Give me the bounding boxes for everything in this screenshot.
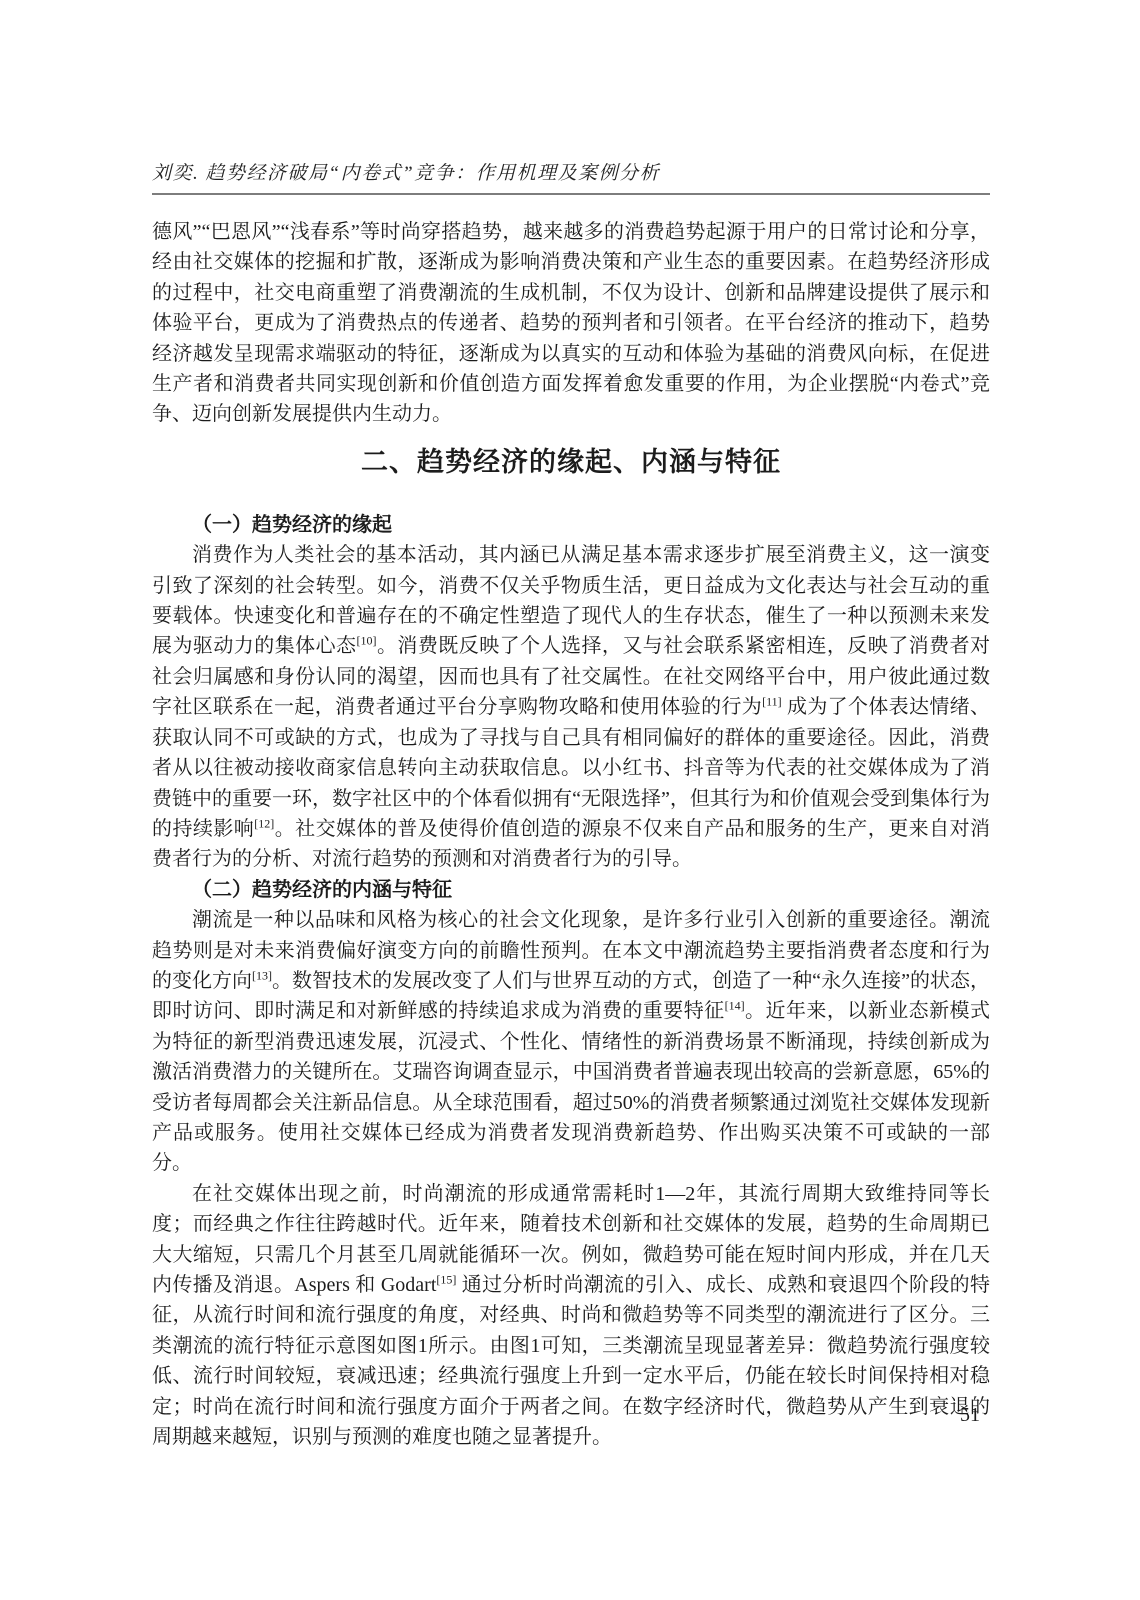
page-number: 51: [960, 1404, 980, 1427]
intro-paragraph: 德风”“巴恩风”“浅春系”等时尚穿搭趋势，越来越多的消费趋势起源于用户的日常讨论…: [152, 217, 990, 430]
citation-marker: [15]: [436, 1272, 456, 1286]
subsection-1-paragraph: 消费作为人类社会的基本活动，其内涵已从满足基本需求逐步扩展至消费主义，这一演变引…: [152, 540, 990, 874]
header-rule: [152, 193, 990, 195]
subsection-2-paragraph-1: 潮流是一种以品味和风格为核心的社会文化现象，是许多行业引入创新的重要途径。潮流趋…: [152, 905, 990, 1179]
citation-marker: [10]: [357, 634, 377, 648]
running-header: 刘奕. 趋势经济破局“内卷式”竞争：作用机理及案例分析: [152, 162, 990, 186]
subsection-1-heading: （一）趋势经济的缘起: [152, 510, 990, 540]
citation-marker: [14]: [725, 999, 745, 1013]
section-heading: 二、趋势经济的缘起、内涵与特征: [152, 442, 990, 482]
body-text: 德风”“巴恩风”“浅春系”等时尚穿搭趋势，越来越多的消费趋势起源于用户的日常讨论…: [152, 217, 990, 1452]
citation-marker: [11]: [762, 695, 782, 709]
document-page: 刘奕. 趋势经济破局“内卷式”竞争：作用机理及案例分析 德风”“巴恩风”“浅春系…: [0, 0, 1140, 1600]
content-column: 刘奕. 趋势经济破局“内卷式”竞争：作用机理及案例分析 德风”“巴恩风”“浅春系…: [152, 162, 990, 1452]
subsection-2-heading: （二）趋势经济的内涵与特征: [152, 875, 990, 905]
citation-marker: [12]: [254, 816, 274, 830]
citation-marker: [13]: [252, 968, 272, 982]
subsection-2-paragraph-2: 在社交媒体出现之前，时尚潮流的形成通常需耗时1—2年，其流行周期大致维持同等长度…: [152, 1179, 990, 1453]
